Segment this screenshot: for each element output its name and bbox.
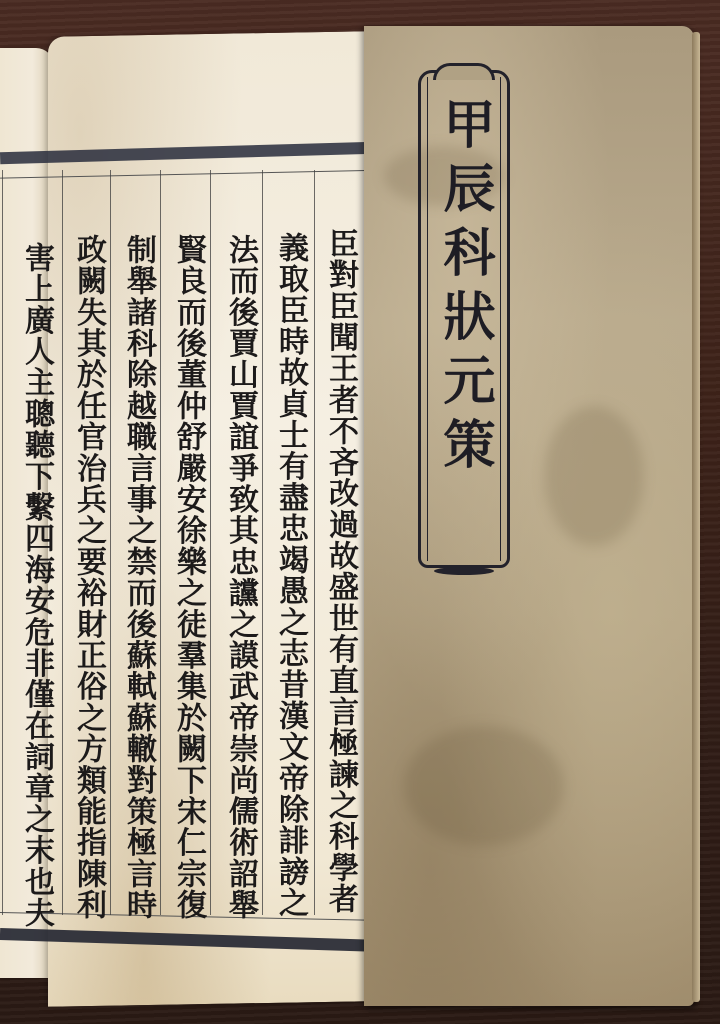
cover-stain — [544, 406, 644, 546]
title-label-frame: 甲辰科狀元策 — [418, 70, 510, 568]
column-divider — [314, 170, 315, 915]
text-column-3: 法而後賈山賈誼爭致其忠讜之謨武帝崇尚儒術詔舉 — [216, 234, 264, 920]
text-column-7: 害上廣人主聰聽下繫四海安危非僅在詞章之末也夫 — [12, 242, 60, 928]
text-block: 臣對臣聞王者不吝改過故盛世有直言極諫之科學者 義取臣時故貞士有盡忠竭愚之志昔漢文… — [0, 0, 366, 1024]
cover-stain — [404, 726, 564, 846]
scroll-ornament-icon — [433, 63, 495, 80]
text-column-6: 政闕失其於任官治兵之要裕財正俗之方類能指陳利 — [64, 234, 112, 920]
text-column-4: 賢良而後董仲舒嚴安徐樂之徒羣集於闕下宋仁宗復 — [164, 234, 212, 920]
cover-edge — [692, 32, 700, 1002]
column-divider — [62, 170, 63, 915]
text-column-1: 臣對臣聞王者不吝改過故盛世有直言極諫之科學者 — [316, 228, 364, 914]
text-column-2: 義取臣時故貞士有盡忠竭愚之志昔漢文帝除誹謗之 — [266, 232, 314, 918]
scroll-ornament-icon — [434, 567, 494, 575]
bottom-border-thick — [0, 928, 366, 951]
book-cover: 甲辰科狀元策 — [364, 26, 694, 1006]
book-title: 甲辰科狀元策 — [421, 97, 507, 481]
column-divider — [2, 170, 3, 915]
top-border-thin — [0, 170, 366, 179]
text-column-5: 制舉諸科除越職言事之禁而後蘇軾蘇轍對策極言時 — [114, 234, 162, 920]
top-border-thick — [0, 142, 366, 164]
